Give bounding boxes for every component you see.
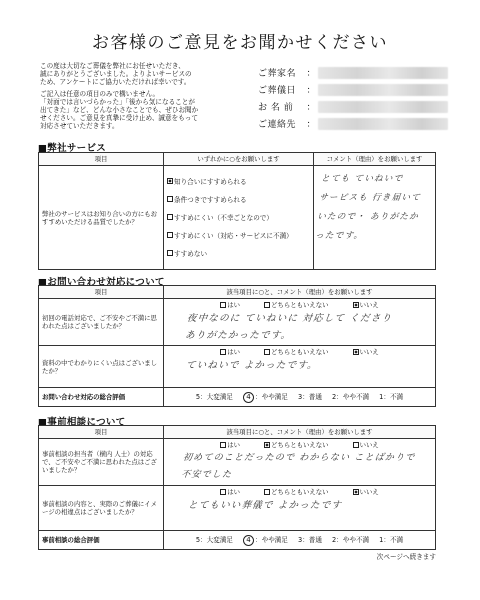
intro-paragraph-2: ご記入は任意の項目のみで構いません。 「対面では言いづらかった」「後から気になる… [40, 90, 240, 131]
service-table: 項目 いずれかに○をお願いします コメント（理由）をお願いします 弊社のサービス… [38, 152, 436, 270]
info-row-contact: ご連絡先 ： [258, 115, 448, 132]
choice-no[interactable]: いいえ [353, 347, 379, 357]
intro-paragraph-1: この度は大切なご葬儀を弊社にお任せいただき、 誠にありがとうございました。よりよ… [40, 62, 240, 87]
table-row: 事前相談の担当者（横内 人士）の対応で、ご不安やご不満に思われた点はございました… [39, 439, 436, 486]
answer-cell[interactable]: はい どちらともいえない いいえ 夜中なのに ていねいに 対応して くださり あ… [164, 299, 436, 346]
checkbox-icon[interactable] [220, 442, 226, 448]
customer-info: ご葬家名 ： ご葬儀日 ： お 名 前 ： ご連絡先 ： [258, 64, 448, 132]
handwritten-comment: 夜中なのに ていねいに 対応して くださり ありがたかったです。 [168, 310, 431, 344]
checkbox-icon[interactable] [167, 214, 173, 220]
redacted-value [318, 84, 448, 96]
info-label: ご葬儀日 [258, 83, 304, 96]
choice-yes[interactable]: はい [220, 440, 240, 450]
choice-neutral[interactable]: どちらともいえない [264, 347, 329, 357]
rating-4-selected[interactable]: 4：やや満足 [243, 393, 288, 401]
choice-group: はい どちらともいえない いいえ [170, 347, 429, 357]
circled-number-icon: 4 [243, 392, 254, 403]
answer-cell[interactable]: はい どちらともいえない いいえ ていねいで よかったです。 [164, 346, 436, 388]
info-row-family-name: ご葬家名 ： [258, 64, 448, 81]
question: 事前相談の担当者（横内 人士）の対応で、ご不安やご不満に思われた点はございました… [39, 439, 164, 486]
question: 資料の中でわかりにくい点はございましたか？ [39, 346, 164, 388]
column-header: 項目 [39, 426, 164, 439]
choice-no[interactable]: いいえ [353, 300, 379, 310]
rating-5[interactable]: 5：大変満足 [196, 536, 233, 544]
column-header: 項目 [39, 286, 164, 299]
rating-2[interactable]: 2：やや不満 [332, 536, 369, 544]
redacted-value [318, 67, 448, 79]
checkbox-icon[interactable] [167, 250, 173, 256]
checkbox-checked-icon[interactable] [353, 302, 359, 308]
checkbox-icon[interactable] [353, 442, 359, 448]
page-title: お客様のご意見をお聞かせください [0, 28, 480, 53]
rating-4-selected[interactable]: 4：やや満足 [243, 536, 288, 544]
checkbox-icon[interactable] [220, 489, 226, 495]
info-row-name: お 名 前 ： [258, 98, 448, 115]
table-row: 資料の中でわかりにくい点はございましたか？ はい どちらともいえない いいえ て… [39, 346, 436, 388]
handwritten-comment: とてもいい葬儀で よかったです [169, 497, 430, 514]
choice-neutral[interactable]: どちらともいえない [264, 440, 329, 450]
rating-3[interactable]: 3：普通 [298, 393, 322, 401]
option-item[interactable]: すすめにくい（不幸ごとなので） [167, 209, 310, 227]
rating-1[interactable]: 1：不満 [379, 536, 403, 544]
pre-consultation-table: 項目 該当項目に○と、コメント（理由）をお願いします 事前相談の担当者（横内 人… [38, 425, 436, 550]
summary-label: 事前相談の総合評価 [39, 531, 164, 550]
redacted-value [318, 118, 448, 130]
answer-cell[interactable]: はい どちらともいえない いいえ 初めてのことだったので わからない ことばかり… [164, 439, 436, 486]
checkbox-icon[interactable] [220, 302, 226, 308]
question: 事前相談の内容と、実際のご葬儀にイメージの相違点はございましたか？ [39, 486, 164, 531]
option-item[interactable]: 知り合いにすすめられる [167, 173, 310, 191]
intro-text: この度は大切なご葬儀を弊社にお任せいただき、 誠にありがとうございました。よりよ… [40, 62, 240, 134]
choice-yes[interactable]: はい [220, 300, 240, 310]
choice-group: はい どちらともいえない いいえ [170, 440, 429, 450]
info-row-funeral-date: ご葬儀日 ： [258, 81, 448, 98]
continue-note: 次ページへ続きます [377, 551, 436, 561]
answer-cell[interactable]: はい どちらともいえない いいえ とてもいい葬儀で よかったです [164, 486, 436, 531]
handwritten-comment: ていねいで よかったです。 [169, 357, 430, 374]
checkbox-checked-icon[interactable] [264, 442, 270, 448]
option-list: 知り合いにすすめられる 条件つきですすめられる すすめにくい（不幸ごとなので） … [164, 166, 314, 270]
info-colon: ： [304, 83, 318, 96]
info-colon: ： [304, 100, 318, 113]
checkbox-icon[interactable] [167, 232, 173, 238]
rating-5[interactable]: 5：大変満足 [196, 393, 233, 401]
question: 弊社のサービスはお知り合いの方にもおすすめいただける品質でしたか？ [39, 166, 164, 270]
rating-2[interactable]: 2：やや不満 [332, 393, 369, 401]
choice-yes[interactable]: はい [220, 487, 240, 497]
column-header: コメント（理由）をお願いします [314, 153, 436, 166]
info-label: お 名 前 [258, 100, 304, 113]
checkbox-checked-icon[interactable] [353, 349, 359, 355]
table-row: 初回の電話対応で、ご不安やご不満に思われた点はございましたか？ はい どちらとも… [39, 299, 436, 346]
checkbox-icon[interactable] [264, 489, 270, 495]
choice-neutral[interactable]: どちらともいえない [264, 487, 329, 497]
summary-label: お問い合わせ対応の総合評価 [39, 388, 164, 407]
checkbox-checked-icon[interactable] [167, 178, 173, 184]
column-header: 該当項目に○と、コメント（理由）をお願いします [164, 286, 436, 299]
choice-no[interactable]: いいえ [353, 440, 379, 450]
info-label: ご葬家名 [258, 66, 304, 79]
comment-cell[interactable]: とても ていねいで サービスも 行き届いて いたので・ ありがたか ったです。 [314, 166, 436, 270]
choice-yes[interactable]: はい [220, 347, 240, 357]
summary-row: お問い合わせ対応の総合評価 5：大変満足4：やや満足3：普通2：やや不満1：不満 [39, 388, 436, 407]
option-item[interactable]: すすめない [167, 245, 310, 263]
info-colon: ： [304, 66, 318, 79]
choice-group: はい どちらともいえない いいえ [170, 487, 429, 497]
checkbox-icon[interactable] [264, 349, 270, 355]
rating-scale[interactable]: 5：大変満足4：やや満足3：普通2：やや不満1：不満 [164, 531, 436, 550]
choice-group: はい どちらともいえない いいえ [170, 300, 429, 310]
choice-no[interactable]: いいえ [353, 487, 379, 497]
table-row: 弊社のサービスはお知り合いの方にもおすすめいただける品質でしたか？ 知り合いにす… [39, 166, 436, 270]
checkbox-icon[interactable] [220, 349, 226, 355]
checkbox-icon[interactable] [167, 196, 173, 202]
choice-neutral[interactable]: どちらともいえない [264, 300, 329, 310]
summary-row: 事前相談の総合評価 5：大変満足4：やや満足3：普通2：やや不満1：不満 [39, 531, 436, 550]
circled-number-icon: 4 [243, 535, 254, 546]
handwritten-comment: とても ていねいで サービスも 行き届いて いたので・ ありがたか ったです。 [314, 170, 435, 246]
option-item[interactable]: すすめにくい（対応・サービスに不満） [167, 227, 310, 245]
checkbox-icon[interactable] [264, 302, 270, 308]
column-header: 該当項目に○と、コメント（理由）をお願いします [164, 426, 436, 439]
handwritten-comment: 初めてのことだったので わからない ことばかりで 不安でした [168, 450, 431, 484]
column-header: 項目 [39, 153, 164, 166]
info-label: ご連絡先 [258, 117, 304, 130]
info-colon: ： [304, 117, 318, 130]
column-header: いずれかに○をお願いします [164, 153, 314, 166]
redacted-value [318, 101, 448, 113]
rating-3[interactable]: 3：普通 [298, 536, 322, 544]
rating-1[interactable]: 1：不満 [379, 393, 403, 401]
rating-scale[interactable]: 5：大変満足4：やや満足3：普通2：やや不満1：不満 [164, 388, 436, 407]
checkbox-checked-icon[interactable] [353, 489, 359, 495]
inquiry-table: 項目 該当項目に○と、コメント（理由）をお願いします 初回の電話対応で、ご不安や… [38, 285, 436, 407]
table-row: 事前相談の内容と、実際のご葬儀にイメージの相違点はございましたか？ はい どちら… [39, 486, 436, 531]
option-item[interactable]: 条件つきですすめられる [167, 191, 310, 209]
question: 初回の電話対応で、ご不安やご不満に思われた点はございましたか？ [39, 299, 164, 346]
